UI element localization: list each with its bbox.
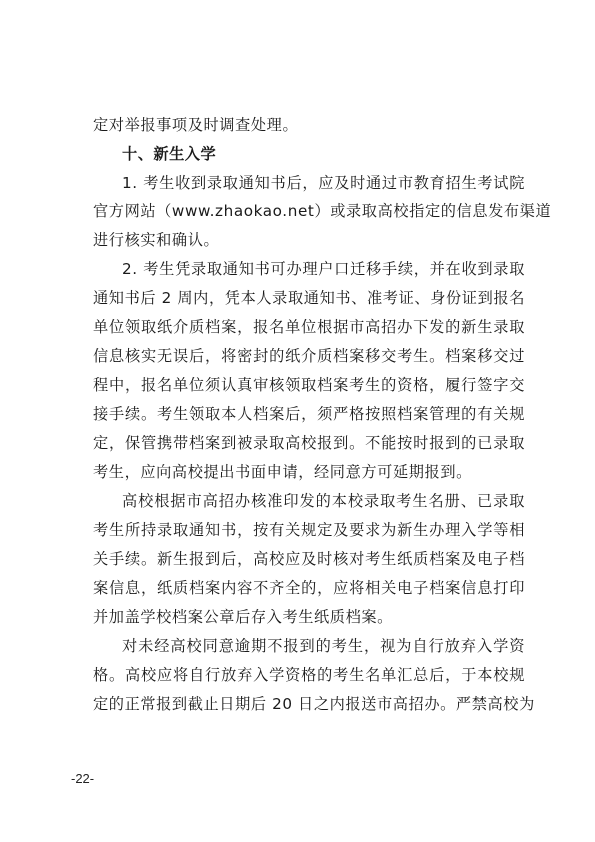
paragraph-line: 对未经高校同意逾期不报到的考生，视为自行放弃入学资 <box>122 635 525 657</box>
paragraph-line: 2. 考生凭录取通知书可办理户口迁移手续，并在收到录取 <box>122 258 525 280</box>
paragraph-line: 考生所持录取通知书，按有关规定及要求为新生办理入学等相 <box>93 519 525 541</box>
paragraph-line: 格。高校应将自行放弃入学资格的考生名单汇总后，于本校规 <box>93 664 525 686</box>
paragraph-line: 考生，应向高校提出书面申请，经同意方可延期报到。 <box>93 461 525 483</box>
paragraph-line: 关手续。新生报到后，高校应及时核对考生纸质档案及电子档 <box>93 548 525 570</box>
paragraph-line: 通知书后 2 周内，凭本人录取通知书、准考证、身份证到报名 <box>93 287 525 309</box>
paragraph-line: 官方网站（www.zhaokao.net）或录取高校指定的信息发布渠道 <box>93 200 525 222</box>
paragraph-line: 高校根据市高招办核准印发的本校录取考生名册、已录取 <box>122 490 525 512</box>
paragraph-line: 信息核实无误后，将密封的纸介质档案移交考生。档案移交过 <box>93 345 525 367</box>
paragraph-line: 程中，报名单位须认真审核领取档案考生的资格，履行签字交 <box>93 374 525 396</box>
paragraph-line: 案信息，纸质档案内容不齐全的，应将相关电子档案信息打印 <box>93 577 525 599</box>
section-heading: 十、新生入学 <box>122 143 525 165</box>
paragraph-line: 定，保管携带档案到被录取高校报到。不能按时报到的已录取 <box>93 432 525 454</box>
paragraph-line: 1. 考生收到录取通知书后，应及时通过市教育招生考试院 <box>122 172 525 194</box>
paragraph-line: 接手续。考生领取本人档案后，须严格按照档案管理的有关规 <box>93 403 525 425</box>
paragraph-line: 进行核实和确认。 <box>93 229 525 251</box>
page-number: -22- <box>71 771 94 786</box>
document-page: 定对举报事项及时调查处理。 十、新生入学 1. 考生收到录取通知书后，应及时通过… <box>0 0 595 842</box>
paragraph-line: 定对举报事项及时调查处理。 <box>93 114 525 136</box>
paragraph-line: 定的正常报到截止日期后 20 日之内报送市高招办。严禁高校为 <box>93 693 525 715</box>
paragraph-line: 并加盖学校档案公章后存入考生纸质档案。 <box>93 606 525 628</box>
paragraph-line: 单位领取纸介质档案，报名单位根据市高招办下发的新生录取 <box>93 316 525 338</box>
